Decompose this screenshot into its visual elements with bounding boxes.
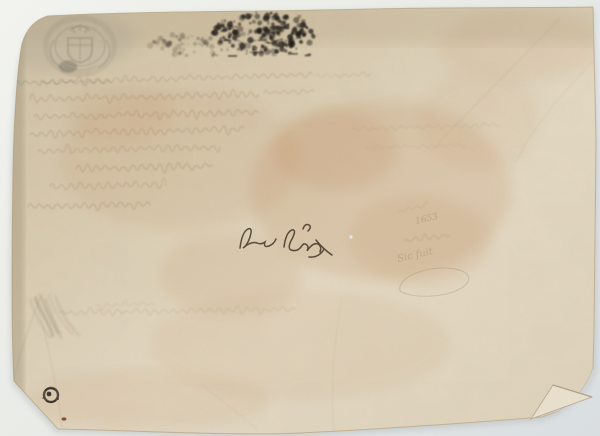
red-speck	[62, 417, 67, 420]
parchment-scene: 1653 Sic fuit Bue Lax	[0, 0, 600, 436]
seal-smudge	[59, 61, 77, 73]
photo-of-parchment-document: 1653 Sic fuit Bue Lax	[0, 0, 600, 436]
white-fleck	[349, 235, 352, 238]
